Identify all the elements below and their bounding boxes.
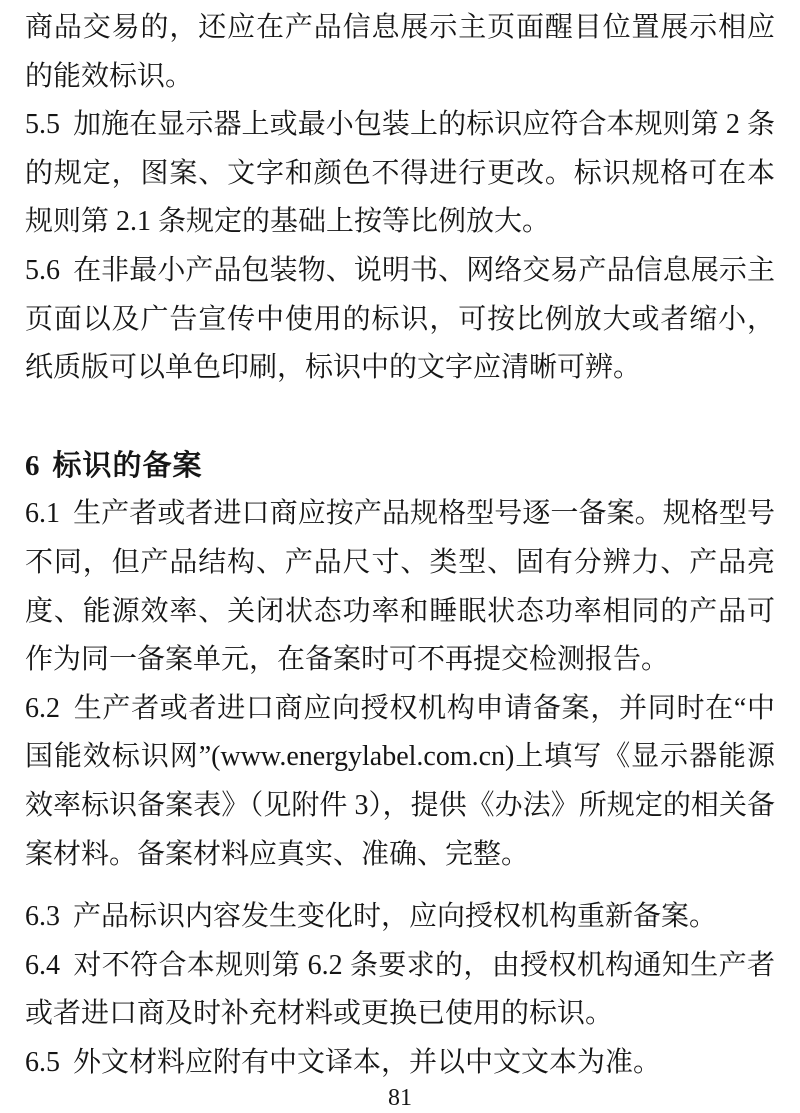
- paragraph-text: 在非最小产品包装物、说明书、网络交易产品信息展示主页面以及广告宣传中使用的标识，…: [25, 255, 775, 383]
- paragraph-text: 生产者或者进口商应向授权机构申请备案，并同时在“中国能效标识网”(www.ene…: [25, 693, 775, 870]
- page-number: 81: [0, 1086, 800, 1110]
- paragraph-text: 生产者或者进口商应按产品规格型号逐一备案。规格型号不同，但产品结构、产品尺寸、类…: [25, 498, 775, 675]
- paragraph-6-2: 6.2生产者或者进口商应向授权机构申请备案，并同时在“中国能效标识网”(www.…: [25, 685, 775, 879]
- paragraph-text: 对不符合本规则第 6.2 条要求的，由授权机构通知生产者或者进口商及时补充材料或…: [25, 950, 775, 1030]
- paragraph-text: 外文材料应附有中文译本，并以中文文本为准。: [73, 1047, 661, 1078]
- section-heading-title: 标识的备案: [53, 450, 203, 482]
- paragraph-6-4: 6.4对不符合本规则第 6.2 条要求的，由授权机构通知生产者或者进口商及时补充…: [25, 942, 775, 1039]
- section-number: 6.3: [25, 893, 60, 942]
- section-heading: 6标识的备案: [25, 442, 775, 491]
- section-number: 6.4: [25, 942, 60, 991]
- paragraph-6-1: 6.1生产者或者进口商应按产品规格型号逐一备案。规格型号不同，但产品结构、产品尺…: [25, 490, 775, 684]
- paragraph-text: 商品交易的，还应在产品信息展示主页面醒目位置展示相应的能效标识。: [25, 12, 775, 92]
- section-number: 6.2: [25, 685, 60, 734]
- section-number: 5.6: [25, 247, 60, 296]
- paragraph-5-5: 5.5加施在显示器上或最小包装上的标识应符合本规则第 2 条的规定，图案、文字和…: [25, 101, 775, 247]
- document-page: 商品交易的，还应在产品信息展示主页面醒目位置展示相应的能效标识。 5.5加施在显…: [0, 0, 800, 1113]
- paragraph-5-6: 5.6在非最小产品包装物、说明书、网络交易产品信息展示主页面以及广告宣传中使用的…: [25, 247, 775, 393]
- paragraph-continuation: 商品交易的，还应在产品信息展示主页面醒目位置展示相应的能效标识。: [25, 4, 775, 101]
- paragraph-6-3: 6.3产品标识内容发生变化时，应向授权机构重新备案。: [25, 893, 775, 942]
- paragraph-text: 加施在显示器上或最小包装上的标识应符合本规则第 2 条的规定，图案、文字和颜色不…: [25, 109, 775, 237]
- section-heading-number: 6: [25, 450, 40, 482]
- paragraph-6-5: 6.5外文材料应附有中文译本，并以中文文本为准。: [25, 1039, 775, 1088]
- paragraph-text: 产品标识内容发生变化时，应向授权机构重新备案。: [73, 901, 717, 932]
- section-number: 6.5: [25, 1039, 60, 1088]
- section-number: 5.5: [25, 101, 60, 150]
- section-number: 6.1: [25, 490, 60, 539]
